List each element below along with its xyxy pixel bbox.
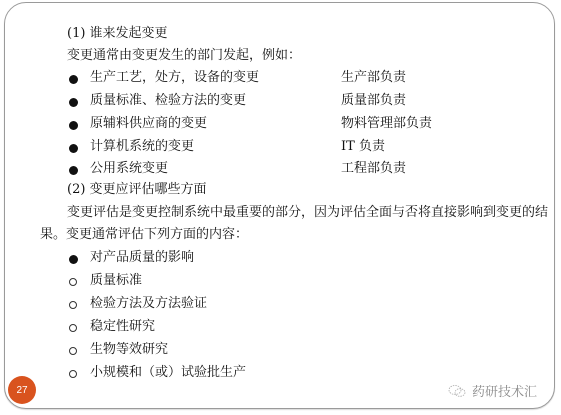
bullet-hollow-icon [69,278,77,286]
change-owner: IT 负责 [341,139,385,155]
assessment-item: 稳定性研究 [90,319,155,335]
change-item-label: 生产工艺，处方，设备的变更 [90,70,259,86]
change-item-label: 计算机系统的变更 [90,139,194,155]
change-owner: 生产部负责 [341,70,406,86]
bullet-hollow-icon [69,370,77,378]
section2-heading: (2) 变更应评估哪些方面 [67,182,207,198]
change-owner: 质量部负责 [341,93,406,109]
bullet-filled-icon [69,166,78,175]
bullet-hollow-icon [69,301,77,309]
watermark: 药研技术汇 [448,381,537,400]
bullet-filled-icon [69,75,78,84]
change-owner: 工程部负责 [341,161,406,177]
section1-intro: 变更通常由变更发生的部门发起，例如： [67,48,301,64]
wechat-icon [448,384,466,398]
bullet-hollow-icon [69,347,77,355]
watermark-text: 药研技术汇 [472,381,537,400]
section1-heading: (1) 谁来发起变更 [67,26,168,42]
change-owner: 物料管理部负责 [341,116,432,132]
bullet-filled-icon [69,121,78,130]
assessment-item: 检验方法及方法验证 [90,296,207,312]
section2-paragraph-line2: 果。变更通常评估下列方面的内容： [40,227,248,243]
bullet-filled-icon [69,98,78,107]
assessment-item: 质量标准 [90,273,142,289]
change-item-label: 公用系统变更 [90,161,168,177]
bullet-hollow-icon [69,324,77,332]
assessment-item: 小规模和（或）试验批生产 [90,365,246,381]
assessment-item: 生物等效研究 [90,342,168,358]
change-item-label: 原辅料供应商的变更 [90,116,207,132]
bullet-filled-icon [69,144,78,153]
page-number-badge: 27 [8,376,36,404]
bullet-filled-icon [69,255,78,264]
assessment-item: 对产品质量的影响 [90,250,194,266]
section2-paragraph-line1: 变更评估是变更控制系统中最重要的部分，因为评估全面与否将直接影响到变更的结 [67,205,548,221]
change-item-label: 质量标准、检验方法的变更 [90,93,246,109]
